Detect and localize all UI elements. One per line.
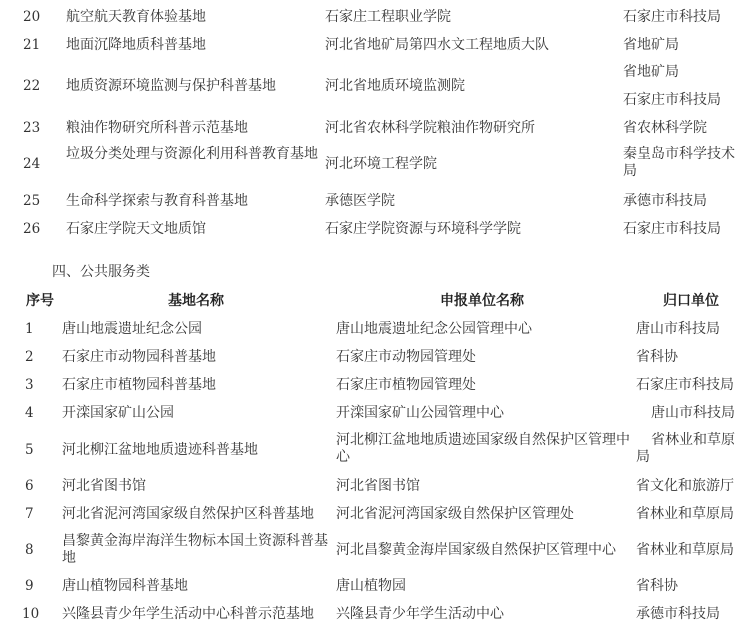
base-name: 河北柳江盆地地质遗迹科普基地 xyxy=(62,441,258,459)
managing-dept: 省地矿局 xyxy=(623,36,679,54)
applicant-unit: 兴隆县青少年学生活动中心 xyxy=(336,605,504,623)
applicant-unit: 河北省地质环境监测院 xyxy=(325,77,465,95)
header-base-name: 基地名称 xyxy=(168,292,224,310)
base-name: 垃圾分类处理与资源化利用科普教育基地 xyxy=(66,146,326,163)
row-number: 23 xyxy=(23,119,40,137)
applicant-unit: 河北环境工程学院 xyxy=(325,155,437,173)
header-number: 序号 xyxy=(26,292,54,310)
row-number: 24 xyxy=(23,155,40,173)
applicant-unit: 河北省农林科学院粮油作物研究所 xyxy=(325,119,535,137)
row-number: 10 xyxy=(22,605,39,623)
applicant-unit: 河北省泥河湾国家级自然保护区管理处 xyxy=(336,505,574,523)
base-name: 唐山地震遗址纪念公园 xyxy=(62,320,202,338)
applicant-unit: 河北省地矿局第四水文工程地质大队 xyxy=(325,36,549,54)
applicant-unit: 河北柳江盆地地质遗迹国家级自然保护区管理中心 xyxy=(336,432,636,466)
applicant-unit: 开滦国家矿山公园管理中心 xyxy=(336,404,504,422)
base-name: 地质资源环境监测与保护科普基地 xyxy=(66,77,276,95)
managing-dept: 唐山市科技局 xyxy=(651,404,735,422)
managing-dept: 省文化和旅游厅 xyxy=(636,477,734,495)
managing-dept: 石家庄市科技局 xyxy=(636,376,734,394)
row-number: 5 xyxy=(25,441,34,459)
row-number: 21 xyxy=(23,36,40,54)
row-number: 8 xyxy=(25,541,34,559)
managing-dept: 承德市科技局 xyxy=(623,192,707,210)
applicant-unit: 石家庄工程职业学院 xyxy=(325,8,451,26)
header-applicant-unit: 申报单位名称 xyxy=(440,292,524,310)
row-number: 25 xyxy=(23,192,40,210)
row-number: 9 xyxy=(25,577,34,595)
base-name: 河北省泥河湾国家级自然保护区科普基地 xyxy=(62,505,314,523)
base-name: 石家庄市植物园科普基地 xyxy=(62,376,216,394)
managing-dept: 省农林科学院 xyxy=(623,119,707,137)
applicant-unit: 唐山植物园 xyxy=(336,577,406,595)
applicant-unit: 河北省图书馆 xyxy=(336,477,420,495)
base-name: 航空航天教育体验基地 xyxy=(66,8,206,26)
applicant-unit: 承德医学院 xyxy=(325,192,395,210)
row-number: 2 xyxy=(25,348,34,366)
applicant-unit: 唐山地震遗址纪念公园管理中心 xyxy=(336,320,532,338)
managing-dept: 秦皇岛市科学技术局 xyxy=(623,146,748,180)
applicant-unit: 石家庄市动物园管理处 xyxy=(336,348,476,366)
managing-dept: 石家庄市科技局 xyxy=(623,8,721,26)
managing-dept: 承德市科技局 xyxy=(636,605,720,623)
base-name: 粮油作物研究所科普示范基地 xyxy=(66,119,248,137)
managing-dept: 省科协 xyxy=(636,348,678,366)
applicant-unit: 石家庄市植物园管理处 xyxy=(336,376,476,394)
managing-dept: 石家庄市科技局 xyxy=(623,91,721,109)
managing-dept: 省地矿局 xyxy=(623,63,679,81)
managing-dept: 省林业和草原局 xyxy=(636,505,734,523)
row-number: 3 xyxy=(25,376,34,394)
base-name: 开滦国家矿山公园 xyxy=(62,404,174,422)
section-title: 四、公共服务类 xyxy=(52,263,150,281)
row-number: 22 xyxy=(23,77,40,95)
base-name: 石家庄学院天文地质馆 xyxy=(66,220,206,238)
row-number: 6 xyxy=(25,477,34,495)
base-name: 河北省图书馆 xyxy=(62,477,146,495)
managing-dept: 省林业和草原局 xyxy=(636,541,734,559)
applicant-unit: 河北昌黎黄金海岸国家级自然保护区管理中心 xyxy=(336,541,616,559)
base-name: 生命科学探索与教育科普基地 xyxy=(66,192,248,210)
managing-dept: 石家庄市科技局 xyxy=(623,220,721,238)
header-managing-dept: 归口单位 xyxy=(663,292,719,310)
managing-dept: 唐山市科技局 xyxy=(636,320,720,338)
row-number: 1 xyxy=(25,320,34,338)
applicant-unit: 石家庄学院资源与环境科学学院 xyxy=(325,220,521,238)
row-number: 26 xyxy=(23,220,40,238)
base-name: 石家庄市动物园科普基地 xyxy=(62,348,216,366)
row-number: 7 xyxy=(25,505,34,523)
managing-dept: 省科协 xyxy=(636,577,678,595)
row-number: 20 xyxy=(23,8,40,26)
base-name: 昌黎黄金海岸海洋生物标本国土资源科普基地 xyxy=(62,533,332,567)
base-name: 地面沉降地质科普基地 xyxy=(66,36,206,54)
managing-dept: 省林业和草原局 xyxy=(636,432,748,466)
base-name: 唐山植物园科普基地 xyxy=(62,577,188,595)
row-number: 4 xyxy=(25,404,34,422)
base-name: 兴隆县青少年学生活动中心科普示范基地 xyxy=(62,605,314,623)
